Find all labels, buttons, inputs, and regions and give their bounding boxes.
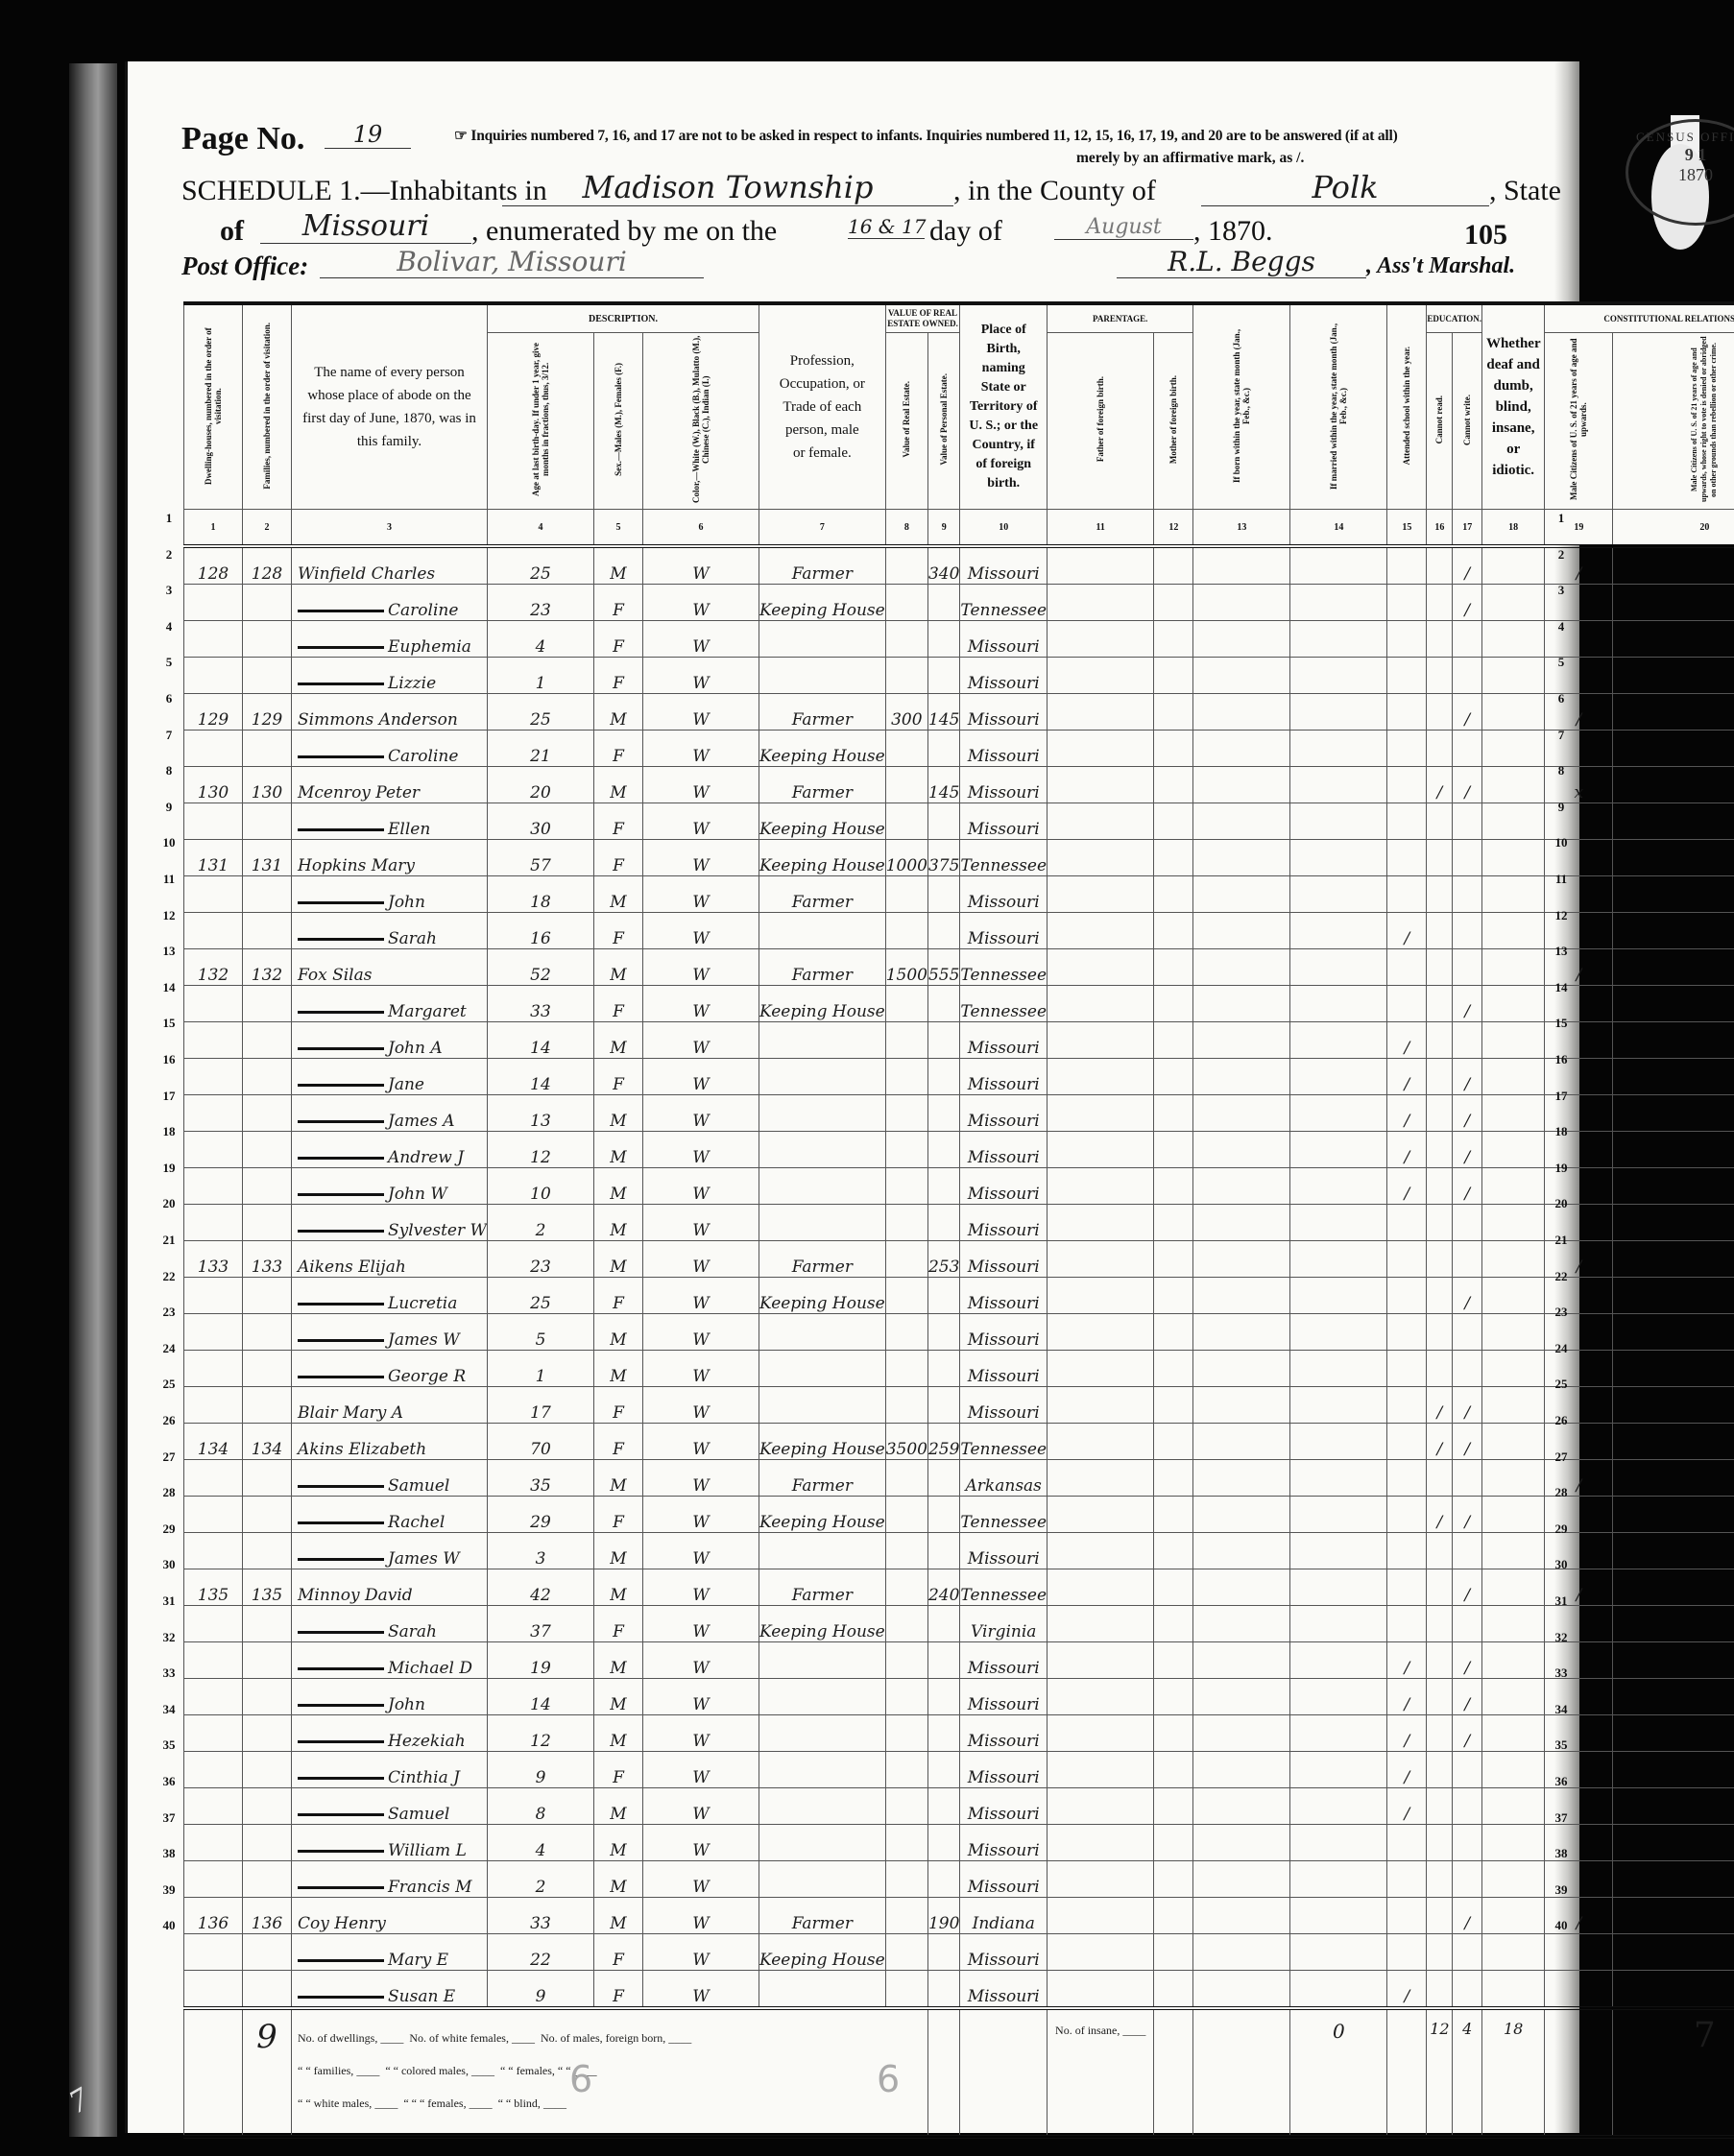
cell-c17 — [1453, 949, 1481, 986]
same-surname-dash — [298, 1813, 384, 1816]
cell-c15 — [1387, 1606, 1427, 1642]
person-name: John A — [388, 1039, 443, 1058]
same-surname-dash — [298, 1886, 384, 1889]
cell-c12 — [1154, 1095, 1193, 1132]
cell-c13 — [1193, 1752, 1290, 1788]
cell-birthplace: Missouri — [960, 1861, 1048, 1898]
cell-c12 — [1154, 658, 1193, 694]
cell-c12 — [1154, 546, 1193, 585]
table-row: Euphemia4FWMissouri — [184, 621, 1734, 658]
line-number-left: 35 — [155, 1737, 183, 1753]
cell-color: W — [642, 1095, 759, 1132]
cell-personal-estate — [927, 1278, 959, 1314]
cell-birthplace: Missouri — [960, 658, 1048, 694]
cell-birthplace: Missouri — [960, 1132, 1048, 1168]
cell-birthplace: Arkansas — [960, 1460, 1048, 1497]
cell-c16 — [1427, 1022, 1453, 1059]
cell-c18 — [1481, 621, 1544, 658]
cell-c17: / — [1453, 1642, 1481, 1679]
cell-sex: F — [593, 1971, 642, 2009]
line-number-left: 1 — [155, 511, 183, 526]
cell-color: W — [642, 1241, 759, 1278]
cell-c12 — [1154, 1898, 1193, 1934]
person-name: Francis M — [388, 1878, 472, 1897]
cell-birthplace: Tennessee — [960, 949, 1048, 986]
line-number-right: 24 — [1547, 1341, 1576, 1356]
cell-birthplace: Missouri — [960, 913, 1048, 949]
cell-c12 — [1154, 1788, 1193, 1825]
cell-c12 — [1154, 1424, 1193, 1460]
table-row: John W10MWMissouri// — [184, 1168, 1734, 1205]
state-value: Missouri — [260, 209, 471, 244]
cell-real-estate — [885, 767, 927, 803]
cell-c15: / — [1387, 1971, 1427, 2009]
cell-personal-estate — [927, 1059, 959, 1095]
cell-c17: / — [1453, 986, 1481, 1022]
cell-sex: F — [593, 585, 642, 621]
cell-occupation — [759, 1351, 885, 1387]
cell-real-estate — [885, 1059, 927, 1095]
cell-family — [243, 1642, 292, 1679]
column-number: 20 — [1613, 510, 1734, 547]
cell-birthplace: Missouri — [960, 1533, 1048, 1569]
cell-c11 — [1048, 585, 1154, 621]
line-number-left: 18 — [155, 1124, 183, 1139]
cell-personal-estate — [927, 1460, 959, 1497]
table-row: John14MWMissouri// — [184, 1679, 1734, 1715]
cell-c20 — [1613, 731, 1734, 767]
cell-c18 — [1481, 949, 1544, 986]
cell-c16 — [1427, 1059, 1453, 1095]
cell-c14 — [1290, 1825, 1387, 1861]
cell-c18 — [1481, 694, 1544, 731]
cell-dwelling — [184, 913, 243, 949]
cell-c12 — [1154, 1606, 1193, 1642]
cell-birthplace: Missouri — [960, 767, 1048, 803]
line-number-right: 7 — [1547, 728, 1576, 743]
cell-c11 — [1048, 840, 1154, 876]
cell-c17: / — [1453, 1898, 1481, 1934]
cell-family: 130 — [243, 767, 292, 803]
line-number-right: 17 — [1547, 1089, 1576, 1104]
cell-c11 — [1048, 1642, 1154, 1679]
line-number-right: 16 — [1547, 1052, 1576, 1067]
cell-name: Rachel — [292, 1497, 488, 1533]
cell-c13 — [1193, 1168, 1290, 1205]
cell-real-estate — [885, 1971, 927, 2009]
person-name: Margaret — [388, 1002, 467, 1021]
cell-personal-estate — [927, 1715, 959, 1752]
line-number-left: 2 — [155, 547, 183, 563]
cell-c13 — [1193, 694, 1290, 731]
cell-c12 — [1154, 1351, 1193, 1387]
cell-c17: / — [1453, 1715, 1481, 1752]
table-row: Hezekiah12MWMissouri// — [184, 1715, 1734, 1752]
summary-cell — [927, 2008, 959, 2137]
line-number-right: 15 — [1547, 1016, 1576, 1031]
table-row: Susan E9FWMissouri/ — [184, 1971, 1734, 2009]
marshal-label: , Ass't Marshal. — [1366, 253, 1515, 279]
cell-occupation — [759, 1788, 885, 1825]
col-15-total: 12 — [1427, 2010, 1452, 2038]
table-row: Lucretia25FWKeeping HouseMissouri/ — [184, 1278, 1734, 1314]
person-name: Coy Henry — [298, 1914, 386, 1933]
cell-c18 — [1481, 1642, 1544, 1679]
cell-dwelling: 135 — [184, 1569, 243, 1606]
cell-sex: M — [593, 1168, 642, 1205]
cell-family — [243, 1314, 292, 1351]
cell-c20 — [1613, 1971, 1734, 2009]
cell-c17: / — [1453, 1168, 1481, 1205]
cell-family — [243, 1971, 292, 2009]
table-row: Sylvester W2MWMissouri — [184, 1205, 1734, 1241]
cell-age: 14 — [487, 1022, 593, 1059]
table-row: Francis M2MWMissouri — [184, 1861, 1734, 1898]
cell-c15 — [1387, 546, 1427, 585]
cell-sex: F — [593, 658, 642, 694]
cell-c16 — [1427, 546, 1453, 585]
cell-occupation: Keeping House — [759, 986, 885, 1022]
col-4-header: Age at last birth-day. If under 1 year, … — [487, 333, 593, 510]
cell-c20 — [1613, 949, 1734, 986]
cell-personal-estate — [927, 1132, 959, 1168]
cell-c14 — [1290, 767, 1387, 803]
cell-birthplace: Missouri — [960, 1825, 1048, 1861]
cell-c16: / — [1427, 767, 1453, 803]
cell-dwelling — [184, 876, 243, 913]
cell-c12 — [1154, 1132, 1193, 1168]
cell-color: W — [642, 1059, 759, 1095]
cell-c17 — [1453, 1825, 1481, 1861]
cell-occupation: Keeping House — [759, 1934, 885, 1971]
cell-c15: / — [1387, 1132, 1427, 1168]
cell-c15: / — [1387, 1752, 1427, 1788]
of-label: of — [220, 215, 244, 248]
cell-c18 — [1481, 1351, 1544, 1387]
col-14-header: If married within the year, state month … — [1290, 303, 1387, 510]
cell-family — [243, 1533, 292, 1569]
line-number-right: 28 — [1547, 1485, 1576, 1500]
cell-c20 — [1613, 658, 1734, 694]
cell-c13 — [1193, 1460, 1290, 1497]
cell-c15 — [1387, 1424, 1427, 1460]
cell-name: Mcenroy Peter — [292, 767, 488, 803]
cell-occupation — [759, 1168, 885, 1205]
cell-c18 — [1481, 1241, 1544, 1278]
cell-birthplace: Tennessee — [960, 840, 1048, 876]
line-number-right: 6 — [1547, 691, 1576, 707]
cell-c18 — [1481, 1059, 1544, 1095]
cell-personal-estate — [927, 1314, 959, 1351]
cell-c13 — [1193, 1569, 1290, 1606]
col-6-header: Color,—White (W.), Black (B.), Mulatto (… — [642, 333, 759, 510]
cell-dwelling — [184, 1460, 243, 1497]
cell-occupation — [759, 1132, 885, 1168]
line-number-right: 27 — [1547, 1449, 1576, 1465]
cell-c14 — [1290, 1460, 1387, 1497]
cell-occupation: Farmer — [759, 694, 885, 731]
cell-family — [243, 1132, 292, 1168]
cell-c11 — [1048, 621, 1154, 658]
cell-age: 25 — [487, 546, 593, 585]
cell-real-estate — [885, 1788, 927, 1825]
cell-family: 134 — [243, 1424, 292, 1460]
cell-personal-estate — [927, 1387, 959, 1424]
cell-color: W — [642, 546, 759, 585]
cell-personal-estate — [927, 1533, 959, 1569]
cell-c13 — [1193, 840, 1290, 876]
cell-c16 — [1427, 621, 1453, 658]
cell-name: Simmons Anderson — [292, 694, 488, 731]
cell-dwelling — [184, 1606, 243, 1642]
cell-c20 — [1613, 767, 1734, 803]
cell-occupation: Keeping House — [759, 803, 885, 840]
cell-c16: / — [1427, 1424, 1453, 1460]
cell-personal-estate — [927, 803, 959, 840]
cell-dwelling — [184, 1059, 243, 1095]
cell-family — [243, 585, 292, 621]
cell-birthplace: Missouri — [960, 621, 1048, 658]
cell-c20 — [1613, 1460, 1734, 1497]
cell-name: James W — [292, 1314, 488, 1351]
cell-c17: / — [1453, 546, 1481, 585]
cell-dwelling: 129 — [184, 694, 243, 731]
cell-color: W — [642, 803, 759, 840]
line-number-left: 29 — [155, 1521, 183, 1537]
cell-c14 — [1290, 1679, 1387, 1715]
line-number-right: 5 — [1547, 655, 1576, 670]
cell-c18 — [1481, 1934, 1544, 1971]
cell-c17 — [1453, 1314, 1481, 1351]
cell-occupation — [759, 1387, 885, 1424]
cell-sex: M — [593, 767, 642, 803]
cell-sex: M — [593, 1351, 642, 1387]
value-group-header: VALUE OF REAL ESTATE OWNED. — [885, 303, 960, 333]
line-number-left: 36 — [155, 1774, 183, 1789]
cell-c17 — [1453, 876, 1481, 913]
cell-color: W — [642, 1460, 759, 1497]
cell-occupation: Farmer — [759, 949, 885, 986]
cell-age: 1 — [487, 1351, 593, 1387]
cell-c15 — [1387, 876, 1427, 913]
cell-c17: / — [1453, 1424, 1481, 1460]
cell-c13 — [1193, 803, 1290, 840]
census-page: Page No. 19 ☞ Inquiries numbered 7, 16, … — [125, 61, 1579, 2133]
cell-c16 — [1427, 1971, 1453, 2009]
cell-color: W — [642, 840, 759, 876]
col-13-total: 0 — [1290, 2010, 1386, 2043]
post-office-value: Bolivar, Missouri — [320, 246, 704, 278]
column-number: 13 — [1193, 510, 1290, 547]
cell-c14 — [1290, 546, 1387, 585]
cell-c18 — [1481, 1460, 1544, 1497]
cell-c14 — [1290, 1205, 1387, 1241]
cell-c13 — [1193, 1241, 1290, 1278]
cell-c13 — [1193, 1132, 1290, 1168]
cell-c20 — [1613, 1715, 1734, 1752]
cell-name: Andrew J — [292, 1132, 488, 1168]
cell-age: 14 — [487, 1679, 593, 1715]
table-row: 133133Aikens Elijah23MWFarmer253Missouri… — [184, 1241, 1734, 1278]
cell-age: 52 — [487, 949, 593, 986]
cell-personal-estate — [927, 1351, 959, 1387]
cell-c20 — [1613, 840, 1734, 876]
line-number-right: 29 — [1547, 1521, 1576, 1537]
cell-c15: / — [1387, 1642, 1427, 1679]
cell-c15 — [1387, 585, 1427, 621]
line-number-right: 38 — [1547, 1846, 1576, 1861]
year-label: , 1870. — [1193, 215, 1273, 248]
same-surname-dash — [298, 1485, 384, 1488]
cell-c16 — [1427, 1861, 1453, 1898]
cell-c15 — [1387, 1861, 1427, 1898]
cell-dwelling — [184, 1022, 243, 1059]
col-16-header: Cannot read. — [1427, 333, 1453, 510]
column-number: 17 — [1453, 510, 1481, 547]
cell-age: 37 — [487, 1606, 593, 1642]
cell-c20 — [1613, 1861, 1734, 1898]
col-19-total: 7 — [1613, 2010, 1734, 2055]
cell-c15 — [1387, 949, 1427, 986]
cell-name: Aikens Elijah — [292, 1241, 488, 1278]
cell-real-estate — [885, 876, 927, 913]
cell-c14 — [1290, 1132, 1387, 1168]
cell-name: Sylvester W — [292, 1205, 488, 1241]
table-row: James W3MWMissouri — [184, 1533, 1734, 1569]
cell-real-estate — [885, 1679, 927, 1715]
person-name: Mary E — [388, 1951, 448, 1970]
cell-color: W — [642, 694, 759, 731]
cell-family — [243, 1606, 292, 1642]
cell-real-estate — [885, 1752, 927, 1788]
cell-c12 — [1154, 1278, 1193, 1314]
parentage-group-header: PARENTAGE. — [1048, 303, 1193, 333]
cell-c12 — [1154, 1314, 1193, 1351]
cell-sex: F — [593, 986, 642, 1022]
cell-name: Francis M — [292, 1861, 488, 1898]
cell-dwelling — [184, 1533, 243, 1569]
cell-c15 — [1387, 1387, 1427, 1424]
cell-age: 3 — [487, 1533, 593, 1569]
cell-c16 — [1427, 1715, 1453, 1752]
cell-c14 — [1290, 1168, 1387, 1205]
cell-c17 — [1453, 621, 1481, 658]
cell-occupation — [759, 1533, 885, 1569]
column-number: 14 — [1290, 510, 1387, 547]
cell-age: 9 — [487, 1752, 593, 1788]
cell-age: 29 — [487, 1497, 593, 1533]
line-number-left: 7 — [155, 728, 183, 743]
education-group-header: EDUCATION. — [1427, 303, 1482, 333]
cell-family — [243, 1861, 292, 1898]
line-number-left: 4 — [155, 619, 183, 635]
person-name: Michael D — [388, 1659, 472, 1678]
county-value: Polk — [1201, 169, 1489, 206]
cell-personal-estate: 340 — [927, 546, 959, 585]
column-number: 9 — [927, 510, 959, 547]
line-number-right: 22 — [1547, 1269, 1576, 1284]
cell-dwelling — [184, 1788, 243, 1825]
column-number: 6 — [642, 510, 759, 547]
cell-dwelling — [184, 1351, 243, 1387]
cell-c15 — [1387, 1533, 1427, 1569]
cell-c19 — [1545, 1934, 1613, 1971]
cell-c20 — [1613, 621, 1734, 658]
same-surname-dash — [298, 1521, 384, 1524]
line-number-left: 12 — [155, 908, 183, 923]
cell-c16 — [1427, 1205, 1453, 1241]
person-name: George R — [388, 1367, 466, 1386]
cell-c13 — [1193, 1533, 1290, 1569]
cell-sex: F — [593, 1387, 642, 1424]
cell-c13 — [1193, 1314, 1290, 1351]
cell-c12 — [1154, 1387, 1193, 1424]
column-header-row: Dwelling-houses, numbered in the order o… — [184, 303, 1734, 333]
line-number-right: 30 — [1547, 1557, 1576, 1572]
cell-c11 — [1048, 1715, 1154, 1752]
cell-c18 — [1481, 546, 1544, 585]
cell-c12 — [1154, 1971, 1193, 2009]
cell-dwelling — [184, 986, 243, 1022]
cell-age: 13 — [487, 1095, 593, 1132]
cell-c18 — [1481, 1424, 1544, 1460]
summary-cell: 7 — [1613, 2008, 1734, 2137]
cell-color: W — [642, 1132, 759, 1168]
cell-c15 — [1387, 767, 1427, 803]
cell-c14 — [1290, 1351, 1387, 1387]
cell-occupation: Farmer — [759, 546, 885, 585]
person-name: James A — [388, 1112, 455, 1131]
cell-sex: M — [593, 1788, 642, 1825]
cell-dwelling: 131 — [184, 840, 243, 876]
cell-c20 — [1613, 1132, 1734, 1168]
person-name: Hopkins Mary — [298, 856, 415, 875]
cell-real-estate — [885, 731, 927, 767]
cell-c14 — [1290, 585, 1387, 621]
cell-c15: / — [1387, 913, 1427, 949]
cell-birthplace: Missouri — [960, 1095, 1048, 1132]
cell-occupation — [759, 1642, 885, 1679]
cell-c15 — [1387, 803, 1427, 840]
cell-age: 5 — [487, 1314, 593, 1351]
cell-c14 — [1290, 1095, 1387, 1132]
cell-color: W — [642, 1752, 759, 1788]
cell-c17: / — [1453, 1387, 1481, 1424]
cell-c15: / — [1387, 1168, 1427, 1205]
cell-dwelling — [184, 1314, 243, 1351]
cell-family — [243, 1205, 292, 1241]
cell-occupation — [759, 1022, 885, 1059]
cell-dwelling — [184, 1095, 243, 1132]
cell-sex: F — [593, 913, 642, 949]
cell-birthplace: Missouri — [960, 1387, 1048, 1424]
cell-color: W — [642, 731, 759, 767]
same-surname-dash — [298, 1193, 384, 1196]
cell-real-estate: 3500 — [885, 1424, 927, 1460]
cell-c16 — [1427, 1095, 1453, 1132]
cell-c13 — [1193, 585, 1290, 621]
cell-c17 — [1453, 1752, 1481, 1788]
pencil-mark: 6 — [877, 2058, 900, 2100]
table-row: 131131Hopkins Mary57FWKeeping House10003… — [184, 840, 1734, 876]
cell-c16 — [1427, 731, 1453, 767]
cell-name: James A — [292, 1095, 488, 1132]
cell-age: 18 — [487, 876, 593, 913]
cell-c11 — [1048, 1460, 1154, 1497]
cell-name: Minnoy David — [292, 1569, 488, 1606]
cell-c11 — [1048, 694, 1154, 731]
table-row: 134134Akins Elizabeth70FWKeeping House35… — [184, 1424, 1734, 1460]
